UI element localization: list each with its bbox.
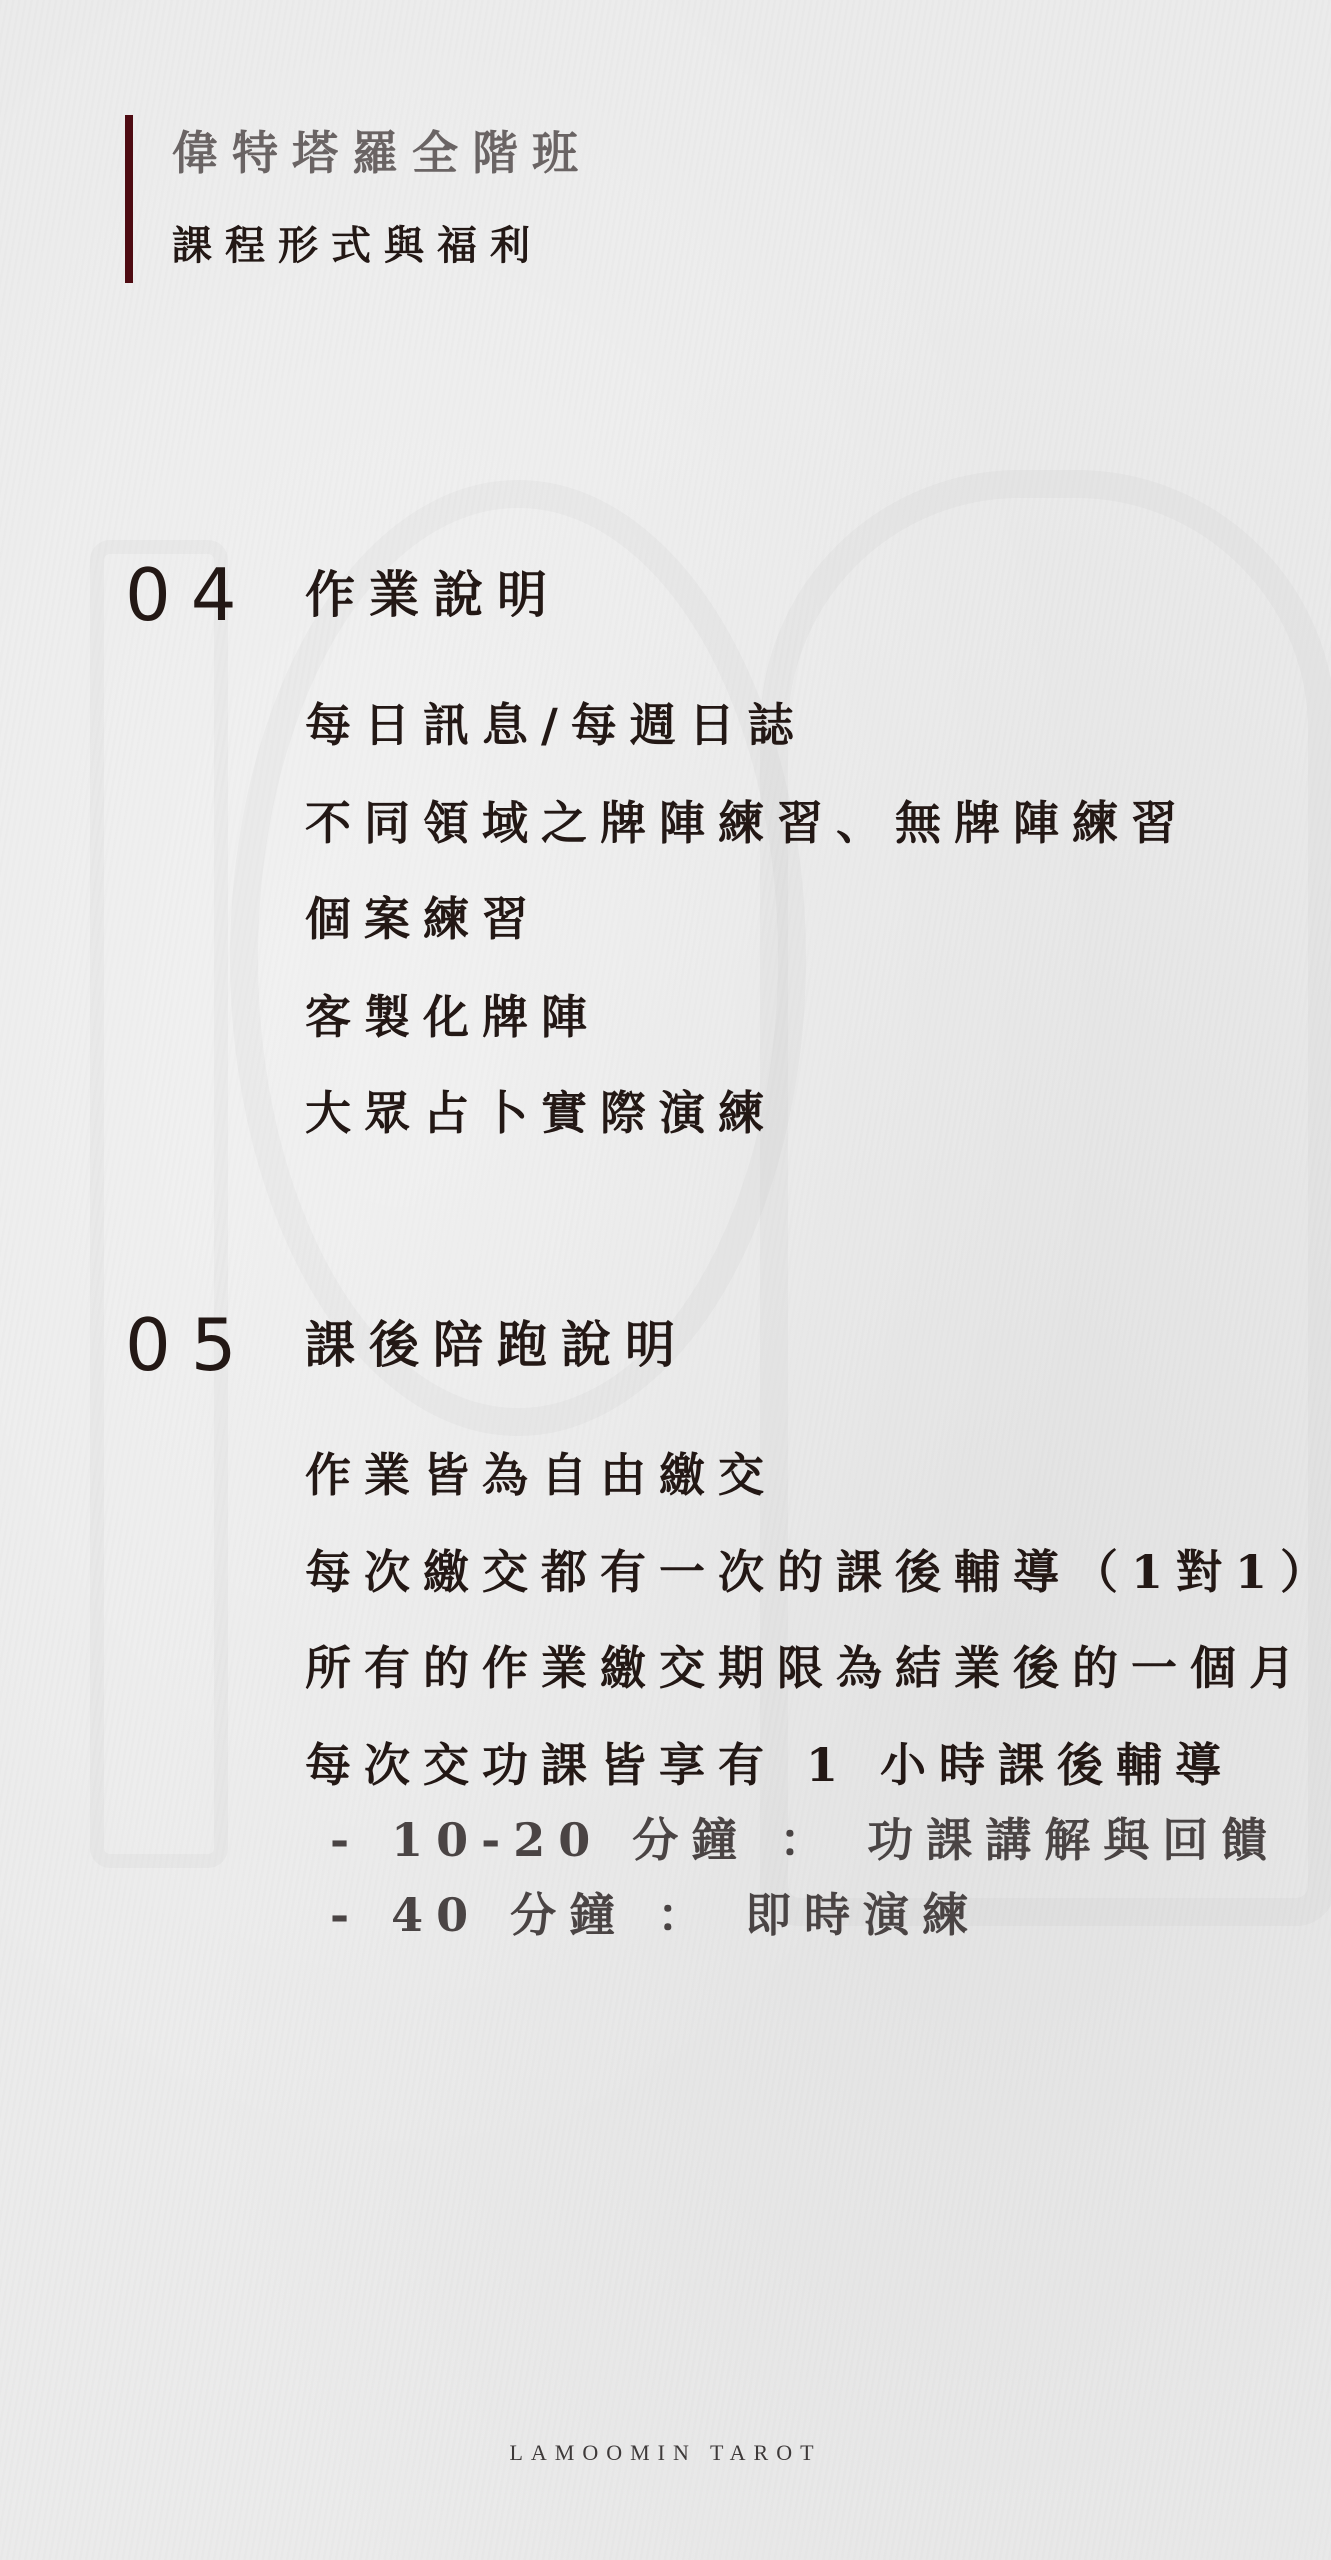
section-title: 作業說明 <box>305 563 561 627</box>
page-title: 偉特塔羅全階班 <box>172 123 592 183</box>
list-item: 每次繳交都有一次的課後輔導（1對1） <box>305 1542 1331 1602</box>
sub-list-item: - 10-20 分鐘 ： 功課講解與回饋 <box>330 1810 1280 1870</box>
background-watermark <box>760 470 1331 1926</box>
list-item: 不同領域之牌陣練習、無牌陣練習 <box>305 793 1190 853</box>
background-watermark <box>90 540 228 1868</box>
list-item: 客製化牌陣 <box>305 987 600 1047</box>
section-title: 課後陪跑說明 <box>305 1313 689 1377</box>
section-number: 05 <box>125 1305 257 1385</box>
page-header: 偉特塔羅全階班 課程形式與福利 <box>125 115 172 283</box>
list-item: 每日訊息/每週日誌 <box>305 695 807 755</box>
list-item: 所有的作業繳交期限為結業後的一個月 <box>305 1638 1308 1698</box>
section-number: 04 <box>125 555 257 635</box>
list-item: 個案練習 <box>305 889 541 949</box>
accent-bar <box>125 115 133 283</box>
list-item: 作業皆為自由繳交 <box>305 1445 777 1505</box>
sub-list-item: - 40 分鐘 ： 即時演練 <box>330 1885 981 1945</box>
list-item: 大眾占卜實際演練 <box>305 1083 777 1143</box>
page-subtitle: 課程形式與福利 <box>172 218 543 274</box>
footer-brand: LAMOOMIN TAROT <box>0 2440 1331 2466</box>
list-item: 每次交功課皆享有 1 小時課後輔導 <box>305 1735 1234 1795</box>
